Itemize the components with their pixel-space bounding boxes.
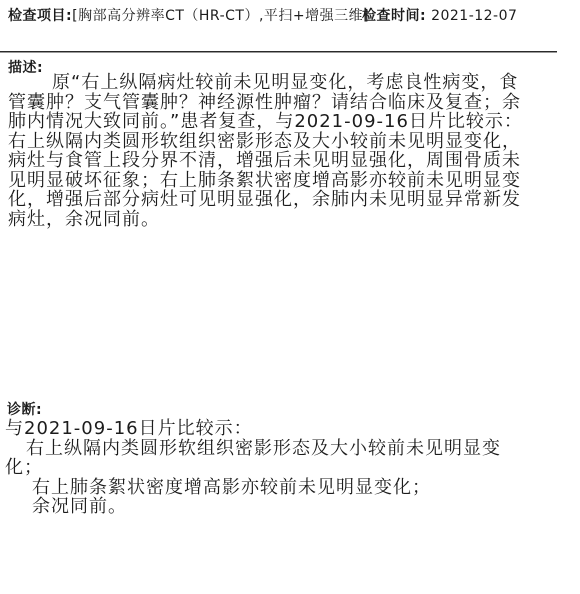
description-line: 化，增强后部分病灶可见明显强化，余肺内未见明显异常新发	[8, 190, 574, 210]
diagnosis-line: 右上肺条絮状密度增高影亦较前未见明显变化；	[5, 478, 575, 498]
exam-time-value: 2021-12-07	[431, 8, 517, 24]
description-line: 病灶，余况同前。	[8, 210, 574, 230]
description-line: 病灶与食管上段分界不清，增强后未见明显强化，周围骨质未	[8, 151, 574, 171]
diagnosis-paragraph: 与2021-09-16日片比较示： 右上纵隔内类圆形软组织密影形态及大小较前未见…	[5, 419, 575, 517]
header-divider	[0, 51, 557, 53]
diagnosis-line: 右上纵隔内类圆形软组织密影形态及大小较前未见明显变	[5, 439, 575, 459]
diagnosis-section-label: 诊断:	[7, 399, 42, 419]
exam-item-field: 检查项目:[胸部高分辨率CT（HR-CT）,平扫+增强三维]	[8, 5, 369, 25]
ct-report-page: 检查项目:[胸部高分辨率CT（HR-CT）,平扫+增强三维] 检查时间: 202…	[0, 0, 580, 594]
exam-item-label: 检查项目:	[8, 8, 72, 24]
description-paragraph: 原“右上纵隔病灶较前未见明显变化，考虑良性病变，食 管囊肿？支气管囊肿？神经源性…	[8, 73, 574, 229]
exam-item-value: [胸部高分辨率CT（HR-CT）,平扫+增强三维]	[72, 8, 369, 24]
description-line: 见明显破坏征象；右上肺条絮状密度增高影亦较前未见明显变	[8, 171, 574, 191]
description-line: 原“右上纵隔病灶较前未见明显变化，考虑良性病变，食	[8, 73, 574, 93]
exam-time-label: 检查时间:	[362, 8, 426, 24]
diagnosis-line: 与2021-09-16日片比较示：	[5, 419, 575, 439]
description-line: 右上纵隔内类圆形软组织密影形态及大小较前未见明显变化，	[8, 132, 574, 152]
diagnosis-line: 余况同前。	[5, 497, 575, 517]
description-line: 管囊肿？支气管囊肿？神经源性肿瘤？请结合临床及复查；余	[8, 93, 574, 113]
description-line: 肺内情况大致同前。”患者复查，与2021-09-16日片比较示：	[8, 112, 574, 132]
exam-time-field: 检查时间: 2021-12-07	[362, 5, 517, 25]
diagnosis-line: 化；	[5, 458, 575, 478]
